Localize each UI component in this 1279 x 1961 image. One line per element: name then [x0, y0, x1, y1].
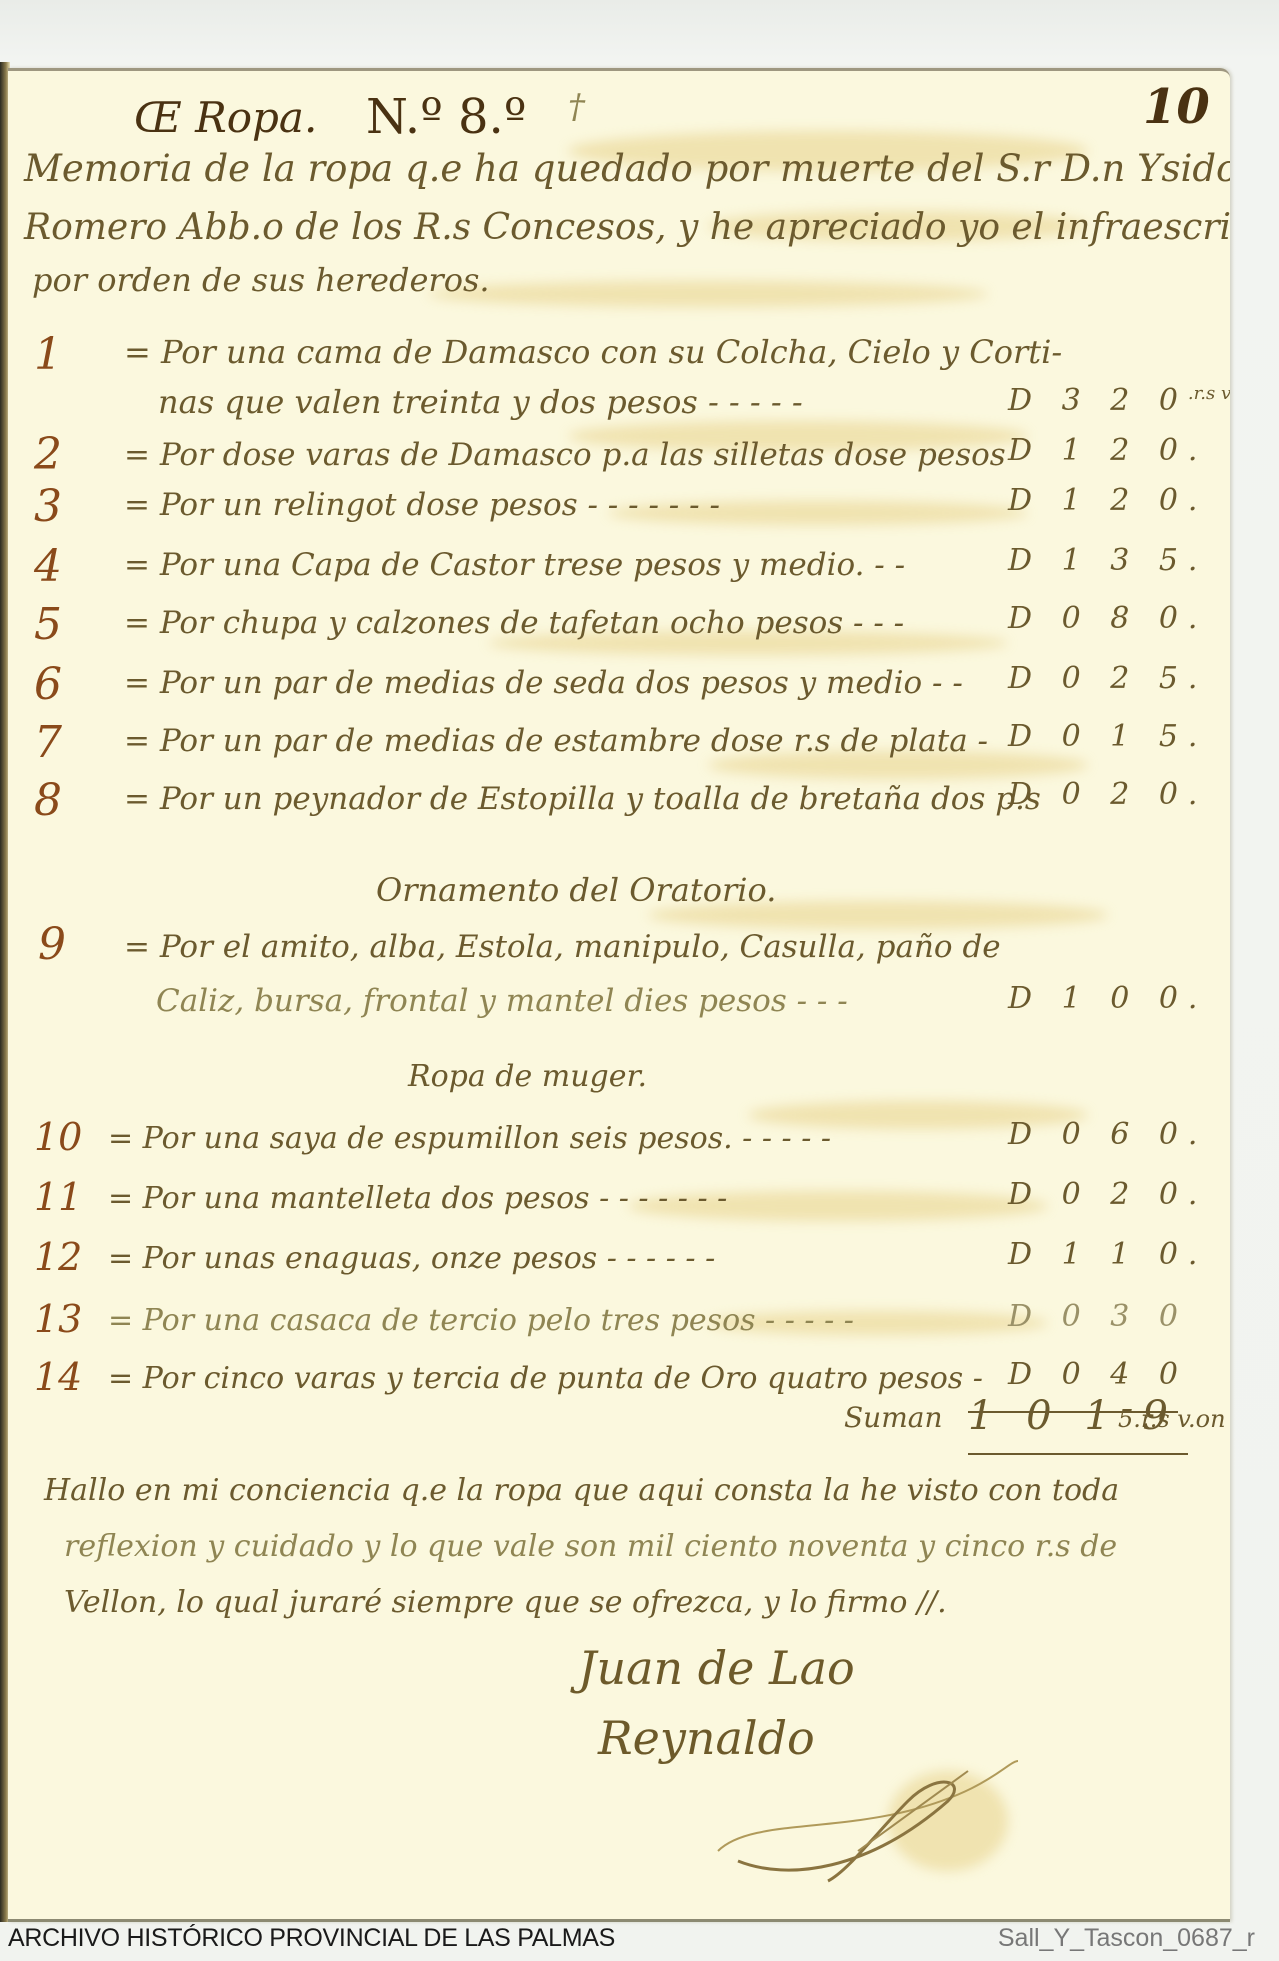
- item-value: D 1 2 0.: [1008, 433, 1207, 468]
- intro-line: por orden de sus herederos.: [32, 261, 490, 299]
- item-text: = Por un relingot dose pesos - - - - - -…: [124, 487, 720, 523]
- item-text: = Por dose varas de Damasco p.a las sill…: [124, 437, 1006, 473]
- item-text: = Por una cama de Damasco con su Colcha,…: [124, 333, 1062, 371]
- item-text: = Por una mantelleta dos pesos - - - - -…: [108, 1181, 727, 1216]
- intro-line: Romero Abb.o de los R.s Concesos, y he a…: [24, 207, 1230, 248]
- item-number: 10: [34, 1115, 82, 1159]
- item-text: = Por cinco varas y tercia de punta de O…: [108, 1361, 983, 1396]
- folio-number: 10: [1143, 79, 1210, 135]
- item-number: 3: [34, 481, 62, 532]
- item-number: 1: [34, 329, 62, 380]
- item-value: D 1 3 5.: [1008, 543, 1207, 578]
- item-value: D 1 1 0.: [1008, 1237, 1207, 1272]
- item-text: = Por un par de medias de seda dos pesos…: [124, 665, 963, 701]
- item-value: D 0 8 0.: [1008, 601, 1207, 636]
- header-label: Œ Ropa.: [134, 93, 317, 142]
- signature-flourish-icon: [708, 1751, 1028, 1891]
- closing-line: Hallo en mi conciencia q.e la ropa que a…: [44, 1473, 1119, 1508]
- item-value: D 0 2 5.: [1008, 661, 1207, 696]
- closing-line: reflexion y cuidado y lo que vale son mi…: [64, 1529, 1117, 1564]
- item-text: = Por una saya de espumillon seis pesos.…: [108, 1121, 831, 1156]
- item-number: 11: [34, 1175, 82, 1219]
- item-text: nas que valen treinta y dos pesos - - - …: [158, 383, 803, 421]
- item-text: = Por un peynador de Estopilla y toalla …: [124, 781, 1041, 817]
- item-value: D 0 4 0: [1008, 1357, 1188, 1392]
- intro-line: Memoria de la ropa q.e ha quedado por mu…: [24, 147, 1230, 190]
- item-number: 14: [34, 1355, 82, 1399]
- item-number: 2: [34, 429, 62, 480]
- closing-line: Vellon, lo qual juraré siempre que se of…: [64, 1585, 947, 1620]
- item-number: 13: [34, 1297, 82, 1341]
- item-text: = Por un par de medias de estambre dose …: [124, 723, 988, 759]
- image-id-caption: Sall_Y_Tascon_0687_r: [998, 1924, 1255, 1953]
- total-suffix: 5.r.s v.on: [1118, 1405, 1226, 1433]
- archive-caption: ARCHIVO HISTÓRICO PROVINCIAL DE LAS PALM…: [8, 1924, 615, 1953]
- total-label: Suman: [844, 1401, 943, 1434]
- section-heading-oratorio: Ornamento del Oratorio.: [376, 871, 776, 909]
- manuscript-page: Œ Ropa. N.º 8.º † 10 Memoria de la ropa …: [8, 68, 1230, 1922]
- item-value: D 0 6 0.: [1008, 1117, 1207, 1152]
- document-number: N.º 8.º: [366, 89, 526, 145]
- item-number: 6: [34, 659, 62, 710]
- total-rule-bottom: [968, 1453, 1188, 1455]
- item-value: D 0 2 0.: [1008, 1177, 1207, 1212]
- item-value: D 0 1 5.: [1008, 719, 1207, 754]
- item-value: D 0 2 0.: [1008, 777, 1207, 812]
- item-text: = Por unas enaguas, onze pesos - - - - -…: [108, 1241, 715, 1276]
- section-heading-mujer: Ropa de muger.: [408, 1059, 647, 1094]
- item-number: 5: [34, 599, 62, 650]
- item-value: D 0 3 0: [1008, 1299, 1188, 1334]
- item-text: = Por una Capa de Castor trese pesos y m…: [124, 547, 905, 583]
- item-value: D 1 0 0.: [1008, 981, 1207, 1016]
- item-text: Caliz, bursa, frontal y mantel dies peso…: [156, 983, 848, 1019]
- item-text: = Por una casaca de tercio pelo tres pes…: [108, 1303, 854, 1338]
- signature-line-1: Juan de Lao: [578, 1641, 855, 1695]
- item-text: = Por chupa y calzones de tafetan ocho p…: [124, 605, 904, 641]
- item-value: D 3 2 0.r.s v.on: [1008, 383, 1230, 418]
- item-number: 4: [34, 541, 62, 592]
- item-number: 9: [38, 919, 66, 970]
- item-text: = Por el amito, alba, Estola, manipulo, …: [124, 929, 1001, 965]
- stain: [428, 281, 988, 307]
- item-number: 12: [34, 1235, 82, 1279]
- item-value: D 1 2 0.: [1008, 483, 1207, 518]
- item-number: 8: [34, 775, 62, 826]
- item-number: 7: [34, 717, 62, 768]
- cross-mark: †: [568, 87, 585, 127]
